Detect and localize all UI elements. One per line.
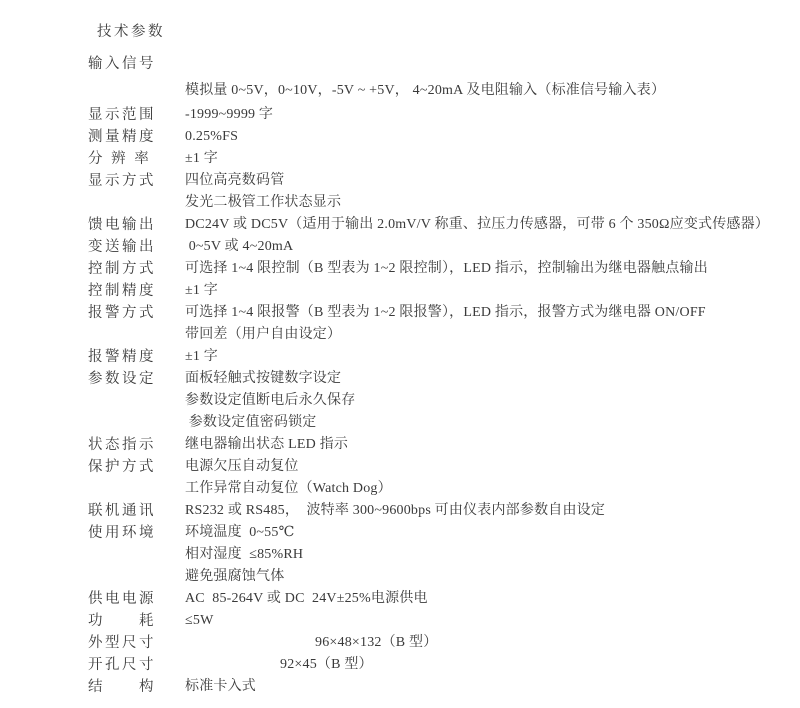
spec-row: 联机通讯 RS232 或 RS485， 波特率 300~9600bps 可由仪表… [88, 501, 790, 523]
spec-row-value: ±1 字 [185, 281, 218, 301]
spec-row-value: ±1 字 [185, 149, 218, 169]
spec-row-value: 可选择 1~4 限控制（B 型表为 1~2 限控制），LED 指示，控制输出为继… [185, 259, 708, 279]
spec-row-value: 工作异常自动复位（Watch Dog） [185, 479, 392, 499]
spec-row-value: 面板轻触式按键数字设定 [185, 369, 341, 389]
spec-row-label: 功 耗 [88, 611, 185, 631]
spec-row: 状态指示 继电器输出状态 LED 指示 [88, 435, 790, 457]
spec-row: 控制方式 可选择 1~4 限控制（B 型表为 1~2 限控制），LED 指示，控… [88, 259, 790, 281]
spec-row-label: 变送输出 [88, 237, 185, 257]
section-title: 技术参数 [88, 22, 790, 49]
spec-row-value: 参数设定值断电后永久保存 [185, 391, 355, 411]
spec-row-label: 报警精度 [88, 347, 185, 367]
spec-row: 分 辨 率 ±1 字 [88, 149, 790, 171]
spec-row-label: 输入信号 [88, 54, 185, 74]
spec-row: 控制精度 ±1 字 [88, 281, 790, 303]
spec-row-value: 避免强腐蚀气体 [185, 567, 284, 587]
spec-row-value: 92×45（B 型） [185, 655, 373, 675]
spec-row: 供电电源 AC 85-264V 或 DC 24V±25%电源供电 [88, 589, 790, 611]
spec-row-value: 可选择 1~4 限报警（B 型表为 1~2 限报警），LED 指示，报警方式为继… [185, 303, 706, 323]
spec-row: 结 构 标准卡入式 [88, 677, 790, 699]
spec-row: 模拟量 0~5V，0~10V，-5V ~ +5V， 4~20mA 及电阻输入（标… [88, 81, 790, 103]
spec-row: 避免强腐蚀气体 [88, 567, 790, 589]
spec-row-label: 馈电输出 [88, 215, 185, 235]
spec-row: 变送输出 0~5V 或 4~20mA [88, 237, 790, 259]
spec-row: 保护方式 电源欠压自动复位 [88, 457, 790, 479]
spec-row: 报警精度 ±1 字 [88, 347, 790, 369]
spec-row: 输入信号 [88, 54, 790, 76]
spec-row-label: 参数设定 [88, 369, 185, 389]
spec-row-value: -1999~9999 字 [185, 105, 273, 125]
spec-row-value: 0~5V 或 4~20mA [185, 237, 293, 257]
spec-row-value: 模拟量 0~5V，0~10V，-5V ~ +5V， 4~20mA 及电阻输入（标… [185, 81, 665, 101]
spec-row: 参数设定 面板轻触式按键数字设定 [88, 369, 790, 391]
spec-row-label: 测量精度 [88, 127, 185, 147]
spec-row: 相对湿度 ≤85%RH [88, 545, 790, 567]
spec-row-label: 外型尺寸 [88, 633, 185, 653]
spec-row-value: 四位高亮数码管 [185, 171, 284, 191]
spec-row-value: 带回差（用户自由设定） [185, 325, 341, 345]
spec-row: 外型尺寸 96×48×132（B 型） [88, 633, 790, 655]
spec-row: 显示方式 四位高亮数码管 [88, 171, 790, 193]
spec-row: 测量精度 0.25%FS [88, 127, 790, 149]
spec-row-value: 96×48×132（B 型） [185, 633, 437, 653]
spec-row-value: DC24V 或 DC5V（适用于输出 2.0mV/V 称重、拉压力传感器，可带 … [185, 215, 769, 235]
spec-row-label: 控制精度 [88, 281, 185, 301]
spec-row: 报警方式 可选择 1~4 限报警（B 型表为 1~2 限报警），LED 指示，报… [88, 303, 790, 325]
spec-row-label: 控制方式 [88, 259, 185, 279]
spec-row-label: 使用环境 [88, 523, 185, 543]
spec-row-value: 电源欠压自动复位 [185, 457, 299, 477]
spec-row-label: 显示方式 [88, 171, 185, 191]
spec-row: 发光二极管工作状态显示 [88, 193, 790, 215]
spec-row-value: ≤5W [185, 611, 214, 631]
spec-row-value: 0.25%FS [185, 127, 238, 147]
spec-row: 功 耗 ≤5W [88, 611, 790, 633]
spec-row: 显示范围 -1999~9999 字 [88, 105, 790, 127]
spec-row: 带回差（用户自由设定） [88, 325, 790, 347]
spec-row-label: 开孔尺寸 [88, 655, 185, 675]
spec-row-label: 状态指示 [88, 435, 185, 455]
spec-row-value: 标准卡入式 [185, 677, 256, 697]
spec-row-value: 参数设定值密码锁定 [185, 413, 317, 433]
spec-row-value: 相对湿度 ≤85%RH [185, 545, 303, 565]
spec-row-value: RS232 或 RS485， 波特率 300~9600bps 可由仪表内部参数自… [185, 501, 605, 521]
spec-row-label: 报警方式 [88, 303, 185, 323]
spec-row-label: 显示范围 [88, 105, 185, 125]
spec-row-label: 保护方式 [88, 457, 185, 477]
spec-row-value: 继电器输出状态 LED 指示 [185, 435, 348, 455]
spec-row: 馈电输出 DC24V 或 DC5V（适用于输出 2.0mV/V 称重、拉压力传感… [88, 215, 790, 237]
spec-sheet: 技术参数 输入信号 模拟量 0~5V，0~10V，-5V ~ +5V， 4~20… [0, 0, 800, 708]
spec-row: 参数设定值密码锁定 [88, 413, 790, 435]
spec-row-value: 发光二极管工作状态显示 [185, 193, 341, 213]
spec-row-value: 环境温度 0~55℃ [185, 523, 294, 543]
spec-row-label: 联机通讯 [88, 501, 185, 521]
spec-row: 参数设定值断电后永久保存 [88, 391, 790, 413]
spec-row-label: 供电电源 [88, 589, 185, 609]
spec-row-label: 分 辨 率 [88, 149, 185, 169]
spec-row: 开孔尺寸 92×45（B 型） [88, 655, 790, 677]
spec-row: 使用环境 环境温度 0~55℃ [88, 523, 790, 545]
spec-row-label: 结 构 [88, 677, 185, 697]
spec-row-value: ±1 字 [185, 347, 218, 367]
spec-row: 工作异常自动复位（Watch Dog） [88, 479, 790, 501]
spec-rows: 输入信号 模拟量 0~5V，0~10V，-5V ~ +5V， 4~20mA 及电… [88, 54, 790, 699]
spec-row-value: AC 85-264V 或 DC 24V±25%电源供电 [185, 589, 428, 609]
